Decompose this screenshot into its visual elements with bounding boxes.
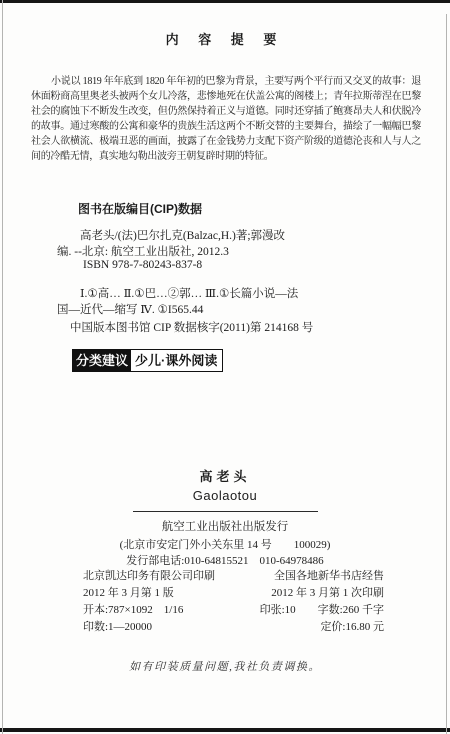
- book-title-pinyin: Gaolaotou: [0, 488, 450, 503]
- print-info-row-printer: 北京凯达印务有限公司印刷 全国各地新华书店经售: [83, 568, 384, 585]
- cip-record-line-2: 编. --北京: 航空工业出版社, 2012.3: [57, 243, 229, 259]
- cip-classification-line-2: 国—近代—缩写 Ⅳ. ①I565.44: [57, 301, 203, 317]
- distribution-channel: 全国各地新华书店经售: [274, 568, 384, 585]
- title-divider-rule: [133, 511, 318, 512]
- print-info-row-format: 开本:787×1092 1/16 印张:10 字数:260 千字: [83, 602, 384, 619]
- book-title-chinese: 高老头: [0, 466, 450, 485]
- publisher-phone: 发行部电话:010-64815521 010-64978486: [0, 552, 450, 568]
- edition-date: 2012 年 3 月第 1 版: [83, 585, 174, 602]
- category-suggestion-badge: 分类建议 少儿·课外阅读: [72, 349, 223, 372]
- category-badge-value: 少儿·课外阅读: [131, 350, 222, 371]
- cip-record-line-1: 高老头/(法)巴尔扎克(Balzac,H.)著;郭漫改: [80, 227, 285, 243]
- print-run: 印数:1—20000: [83, 619, 152, 636]
- print-info-table: 北京凯达印务有限公司印刷 全国各地新华书店经售 2012 年 3 月第 1 版 …: [83, 568, 384, 636]
- book-format: 开本:787×1092 1/16: [83, 602, 183, 619]
- category-badge-label: 分类建议: [73, 350, 131, 371]
- scan-edge-left: [2, 0, 3, 734]
- printer-name: 北京凯达印务有限公司印刷: [83, 568, 215, 585]
- content-summary-text: 小说以 1819 年年底到 1820 年年初的巴黎为背景，主要写两个平行而又交叉…: [31, 74, 421, 164]
- cip-classification-line-1: Ⅰ.①高… Ⅱ.①巴…②郭… Ⅲ.①长篇小说—法: [80, 285, 298, 301]
- content-summary-heading: 内 容 提 要: [0, 29, 450, 48]
- printing-date: 2012 年 3 月第 1 次印刷: [271, 585, 384, 602]
- sheets-and-wordcount: 印张:10 字数:260 千字: [260, 602, 384, 619]
- quality-guarantee-note: 如有印装质量问题,我社负责调换。: [0, 658, 450, 674]
- cip-registry-number: 中国版本图书馆 CIP 数据核字(2011)第 214168 号: [70, 319, 313, 335]
- scan-edge-right: [446, 14, 447, 734]
- isbn-number: ISBN 978-7-80243-837-8: [83, 259, 202, 271]
- print-info-row-edition: 2012 年 3 月第 1 版 2012 年 3 月第 1 次印刷: [83, 585, 384, 602]
- copyright-page: 内 容 提 要 小说以 1819 年年底到 1820 年年初的巴黎为背景，主要写…: [0, 0, 450, 734]
- price: 定价:16.80 元: [320, 619, 384, 636]
- scan-edge-top: [0, 0, 450, 3]
- publisher-address: (北京市安定门外小关东里 14 号 100029): [0, 536, 450, 552]
- cip-heading: 图书在版编目(CIP)数据: [78, 200, 202, 217]
- scan-edge-bottom: [0, 728, 450, 732]
- publisher-name-line: 航空工业出版社出版发行: [0, 518, 450, 534]
- print-info-row-price: 印数:1—20000 定价:16.80 元: [83, 619, 384, 636]
